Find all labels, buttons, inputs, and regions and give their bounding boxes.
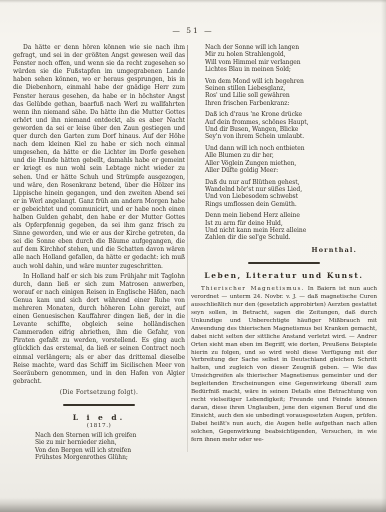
poem-stanza: Nach der Sonne will ich langen Mir zu ho… xyxy=(205,44,377,73)
section-divider-rule xyxy=(248,262,320,264)
continuation-note: (Die Fortsetzung folgt). xyxy=(13,389,185,396)
section-heading: Leben, Literatur und Kunst. xyxy=(191,271,377,280)
poem-stanza: Denn mein liebend Herz alleine Ist zu ar… xyxy=(205,212,377,241)
text-columns: Da hätte er denn hören können wie sie na… xyxy=(13,44,377,492)
poem-year: (1817.) xyxy=(13,423,185,429)
poem-stanza: Von dem Mond will ich begehren Seinen st… xyxy=(205,78,377,107)
poem-signature: Hornthal. xyxy=(191,246,357,254)
article-text: In Baiern ist nun auch verordnet — unter… xyxy=(191,286,377,442)
scan-edge-top xyxy=(0,0,386,3)
poem-stanza: Daß ich d'raus 'ne Krone drücke Auf dein… xyxy=(205,111,377,140)
scan-edge-right xyxy=(381,0,386,512)
scanned-page: — 51 — Da hätte er denn hören können wie… xyxy=(0,0,386,512)
section-divider-rule xyxy=(63,404,135,406)
scan-bottom-shadow xyxy=(0,498,386,512)
poem-stanza: Und dann will ich noch entbieten Alle Bl… xyxy=(205,145,377,174)
story-paragraph: In Holland half er sich bis zum Frühjahr… xyxy=(13,273,185,386)
article-paragraph: Thierischer Magnetismus. In Baiern ist n… xyxy=(191,286,377,444)
column-divider-rule xyxy=(187,45,188,452)
right-column: Nach der Sonne will ich langen Mir zu ho… xyxy=(191,44,377,492)
page-number: — 51 — xyxy=(0,26,386,35)
poem-stanza: Daß du nur auf Blüthen gehest, Wandelnd … xyxy=(205,179,377,208)
poem-stanza: Nach den Sternen will ich greifen Sie zu… xyxy=(35,432,185,461)
left-column: Da hätte er denn hören können wie sie na… xyxy=(13,44,185,492)
article-lead: Thierischer Magnetismus. xyxy=(201,286,304,292)
poem-title: L i e d. xyxy=(13,413,185,422)
story-paragraph: Da hätte er denn hören können wie sie na… xyxy=(13,44,185,271)
